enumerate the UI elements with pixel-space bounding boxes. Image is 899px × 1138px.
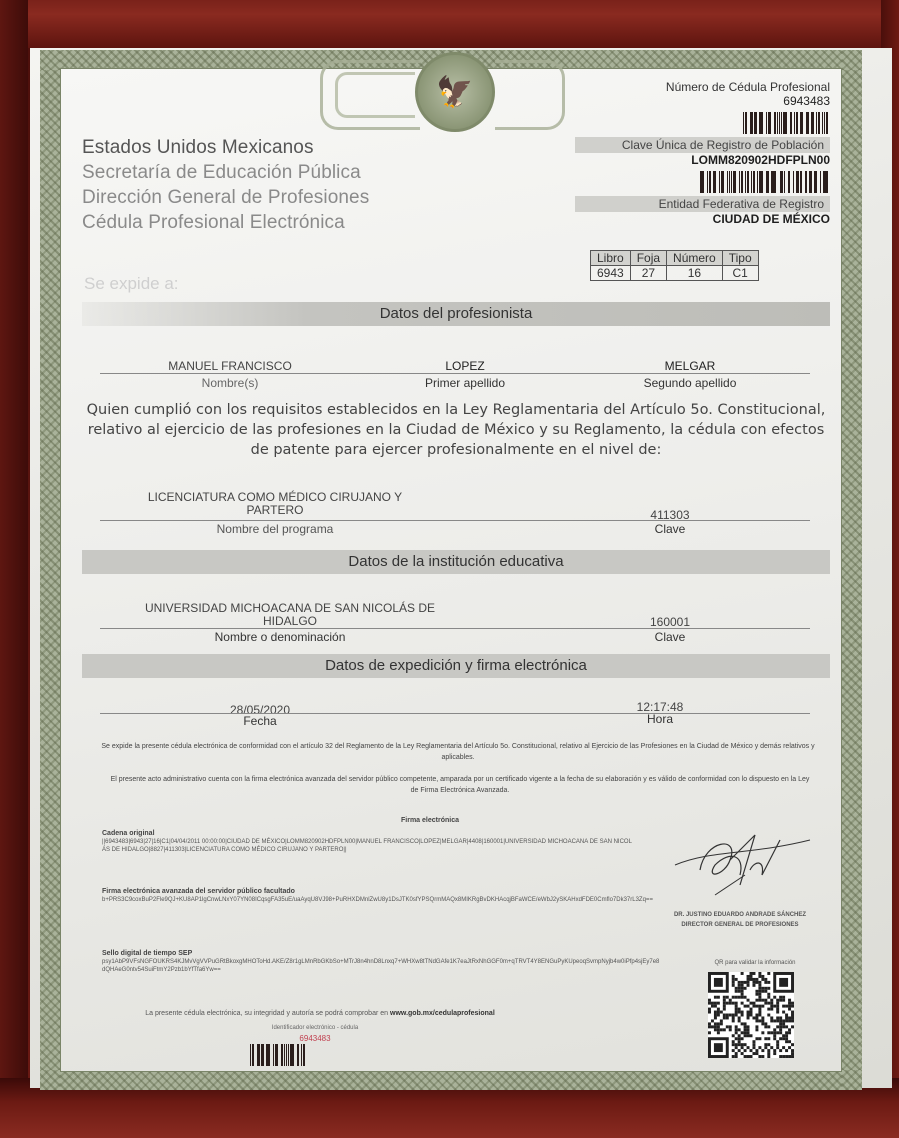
legal-text-1: Se expide la presente cédula electrónica… — [98, 741, 818, 763]
header-libro: Libro — [591, 251, 631, 266]
fecha-label: Fecha — [200, 714, 320, 728]
segundo-apellido-value: MELGAR — [610, 359, 770, 373]
header-foja: Foja — [630, 251, 666, 266]
se-expide-label: Se expide a: — [84, 274, 179, 294]
greca-ornament-icon — [495, 60, 565, 130]
header-tipo: Tipo — [722, 251, 758, 266]
hora-label: Hora — [610, 712, 710, 726]
primer-apellido-value: LOPEZ — [385, 359, 545, 373]
verify-text: La presente cédula electrónica, su integ… — [110, 1010, 530, 1017]
qr-label: QR para validar la información — [690, 960, 820, 966]
primer-apellido-label: Primer apellido — [385, 376, 545, 390]
electronic-id-value: 6943483 — [250, 1034, 380, 1043]
cadena-value: ||6943483|6943|27|16|C1|04/04/2011 00:00… — [102, 838, 632, 854]
divider — [100, 520, 810, 521]
cadena-label: Cadena original — [102, 830, 632, 838]
issuer-header: Estados Unidos Mexicanos Secretaría de E… — [82, 135, 369, 235]
institucion-name-line2: HIDALGO — [100, 615, 480, 628]
cadena-original-block: Cadena original ||6943483|6943|27|16|C1|… — [102, 830, 632, 854]
sello-value: psy1AbP9VFsNGFOUKRS4KJMvVgVVPuGRtBkoxgMH… — [102, 958, 662, 974]
signature-icon — [670, 830, 820, 900]
curp-label: Clave Única de Registro de Población — [575, 137, 830, 153]
verify-sentence: La presente cédula electrónica, su integ… — [145, 1010, 388, 1017]
entidad-value: CIUDAD DE MÉXICO — [575, 212, 830, 226]
nombres-label: Nombre(s) — [140, 376, 320, 390]
greca-ornament-icon — [335, 72, 415, 118]
value-foja: 27 — [630, 266, 666, 281]
divider — [100, 628, 810, 629]
divider — [100, 373, 810, 374]
cedula-barcode — [575, 112, 830, 134]
eagle-icon: 🦅 — [418, 55, 492, 129]
programa-name: LICENCIATURA COMO MÉDICO CIRUJANO Y PART… — [110, 491, 440, 517]
section-institucion: Datos de la institución educativa — [82, 550, 830, 574]
frame-left — [0, 0, 28, 1138]
cedula-number-label: Número de Cédula Profesional — [575, 80, 830, 94]
firma-value: b+PRS3C9coxBuP2Fle9QJ+KU8AP1lgCnwLNxY07Y… — [102, 896, 662, 904]
value-numero: 16 — [667, 266, 723, 281]
registry-block: Número de Cédula Profesional 6943483 Cla… — [575, 80, 830, 226]
nombres-value: MANUEL FRANCISCO — [120, 359, 340, 373]
institucion-name: UNIVERSIDAD MICHOACANA DE SAN NICOLÁS DE… — [100, 602, 480, 628]
footer-barcode — [250, 1044, 332, 1066]
statement-text: Quien cumplió con los requisitos estable… — [82, 400, 830, 460]
institucion-clave: 160001 — [620, 615, 720, 629]
firma-label: Firma electrónica avanzada del servidor … — [102, 888, 662, 896]
value-tipo: C1 — [722, 266, 758, 281]
electronic-id-label: Identificador electrónico - cédula — [250, 1025, 380, 1031]
cedula-number: 6943483 — [575, 94, 830, 108]
registry-table: Libro Foja Número Tipo 6943 27 16 C1 — [590, 250, 759, 281]
curp-value: LOMM820902HDFPLN00 — [575, 153, 830, 167]
coat-of-arms-seal-icon: 🦅 — [415, 52, 495, 132]
institucion-clave-label: Clave — [620, 630, 720, 644]
header-numero: Número — [667, 251, 723, 266]
section-profesionista: Datos del profesionista — [82, 302, 830, 326]
section-expedicion: Datos de expedición y firma electrónica — [82, 654, 830, 678]
sello-block: Sello digital de tiempo SEP psy1AbP9VFsN… — [102, 950, 662, 974]
programa-clave-label: Clave — [620, 522, 720, 536]
qr-code-icon[interactable] — [708, 972, 794, 1058]
verify-url-link[interactable]: www.gob.mx/cedulaprofesional — [390, 1010, 495, 1017]
segundo-apellido-label: Segundo apellido — [610, 376, 770, 390]
programa-name-line2: PARTERO — [110, 504, 440, 517]
header-secretaria: Secretaría de Educación Pública — [82, 160, 369, 185]
header-direccion: Dirección General de Profesiones — [82, 185, 369, 210]
curp-barcode — [575, 171, 830, 193]
value-libro: 6943 — [591, 266, 631, 281]
header-document-type: Cédula Profesional Electrónica — [82, 210, 369, 235]
firma-avanzada-block: Firma electrónica avanzada del servidor … — [102, 888, 662, 904]
frame-top — [0, 0, 899, 48]
legal-text-2: El presente acto administrativo cuenta c… — [110, 774, 810, 796]
firma-title: Firma electrónica — [330, 815, 530, 826]
signer-block: DR. JUSTINO EDUARDO ANDRADE SÁNCHEZ DIRE… — [650, 910, 830, 930]
signer-name: DR. JUSTINO EDUARDO ANDRADE SÁNCHEZ — [650, 910, 830, 920]
programa-name-label: Nombre del programa — [175, 522, 375, 536]
institucion-name-label: Nombre o denominación — [180, 630, 380, 644]
sello-label: Sello digital de tiempo SEP — [102, 950, 662, 958]
signer-title: DIRECTOR GENERAL DE PROFESIONES — [650, 920, 830, 930]
header-country: Estados Unidos Mexicanos — [82, 135, 369, 160]
entidad-label: Entidad Federativa de Registro — [575, 196, 830, 212]
